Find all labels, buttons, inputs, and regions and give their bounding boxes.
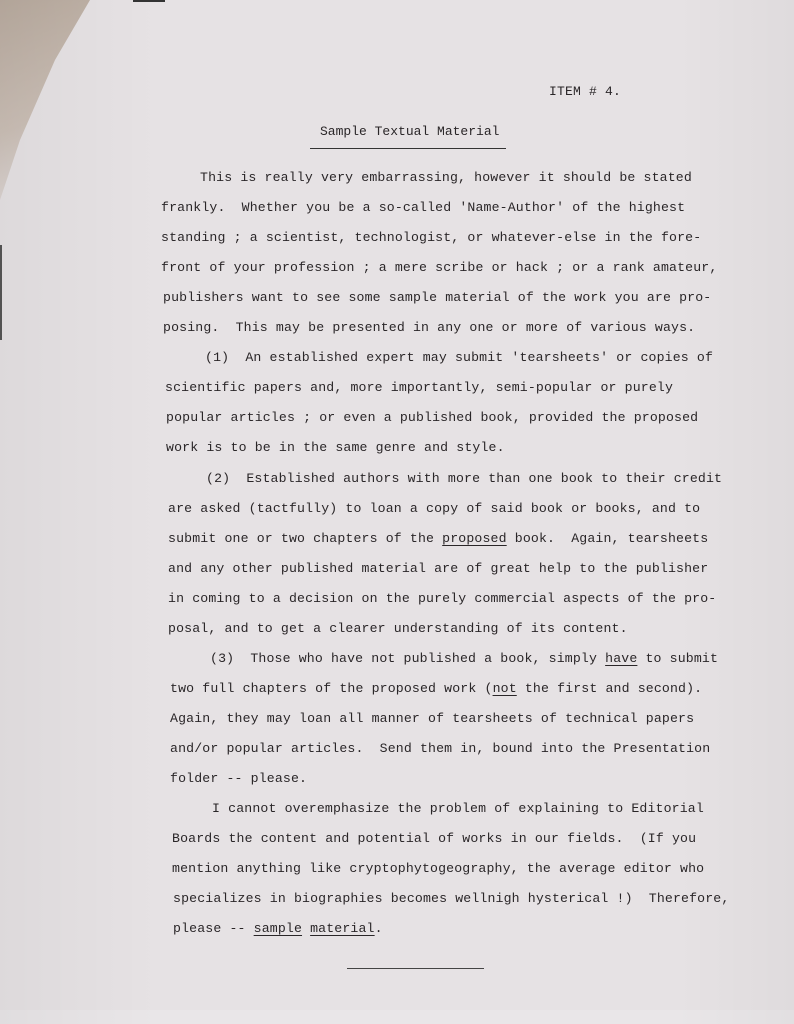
- text-fragment: book. Again, tearsheets: [507, 531, 709, 546]
- text-line: frankly. Whether you be a so-called 'Nam…: [161, 200, 685, 215]
- title-underline: [310, 148, 506, 149]
- text-fragment: (3) Those who have not published a book,…: [210, 651, 605, 666]
- text-line: folder -- please.: [170, 771, 307, 786]
- text-fragment: to submit: [637, 651, 718, 666]
- text-line: This is really very embarrassing, howeve…: [200, 170, 692, 185]
- text-line: two full chapters of the proposed work (…: [170, 681, 702, 696]
- underlined-word: material: [310, 921, 375, 936]
- left-edge-mark: [0, 245, 2, 340]
- text-fragment: .: [375, 921, 383, 936]
- underlined-word: sample: [254, 921, 302, 936]
- background-desk-corner: [0, 0, 200, 260]
- text-line: and/or popular articles. Send them in, b…: [170, 741, 710, 756]
- text-fragment: please --: [173, 921, 254, 936]
- text-line: in coming to a decision on the purely co…: [168, 591, 716, 606]
- underlined-word: not: [493, 681, 517, 696]
- underlined-word: have: [605, 651, 637, 666]
- text-line: submit one or two chapters of the propos…: [168, 531, 708, 546]
- text-fragment: the first and second).: [517, 681, 702, 696]
- text-line: specializes in biographies becomes welln…: [173, 891, 729, 906]
- text-line: standing ; a scientist, technologist, or…: [161, 230, 701, 245]
- text-fragment: submit one or two chapters of the: [168, 531, 442, 546]
- text-line: posal, and to get a clearer understandin…: [168, 621, 628, 636]
- text-line: scientific papers and, more importantly,…: [165, 380, 673, 395]
- text-line: (3) Those who have not published a book,…: [210, 651, 718, 666]
- document-title: Sample Textual Material: [320, 124, 499, 139]
- top-edge-mark: [133, 0, 165, 2]
- text-line: posing. This may be presented in any one…: [163, 320, 695, 335]
- underlined-word: proposed: [442, 531, 507, 546]
- page-bottom-edge: [0, 1010, 794, 1024]
- text-line: are asked (tactfully) to loan a copy of …: [168, 501, 700, 516]
- text-line: work is to be in the same genre and styl…: [166, 440, 505, 455]
- item-number: ITEM # 4.: [549, 84, 621, 99]
- text-line: (1) An established expert may submit 'te…: [205, 350, 713, 365]
- text-line: I cannot overemphasize the problem of ex…: [212, 801, 704, 816]
- text-line: publishers want to see some sample mater…: [163, 290, 711, 305]
- end-rule: [347, 968, 484, 969]
- text-line: please -- sample material.: [173, 921, 383, 936]
- text-line: popular articles ; or even a published b…: [166, 410, 698, 425]
- text-fragment: two full chapters of the proposed work (: [170, 681, 493, 696]
- text-line: and any other published material are of …: [168, 561, 708, 576]
- text-line: Again, they may loan all manner of tears…: [170, 711, 694, 726]
- text-line: front of your profession ; a mere scribe…: [161, 260, 717, 275]
- text-line: (2) Established authors with more than o…: [206, 471, 722, 486]
- text-line: mention anything like cryptophytogeograp…: [172, 861, 704, 876]
- text-fragment: [302, 921, 310, 936]
- text-line: Boards the content and potential of work…: [172, 831, 696, 846]
